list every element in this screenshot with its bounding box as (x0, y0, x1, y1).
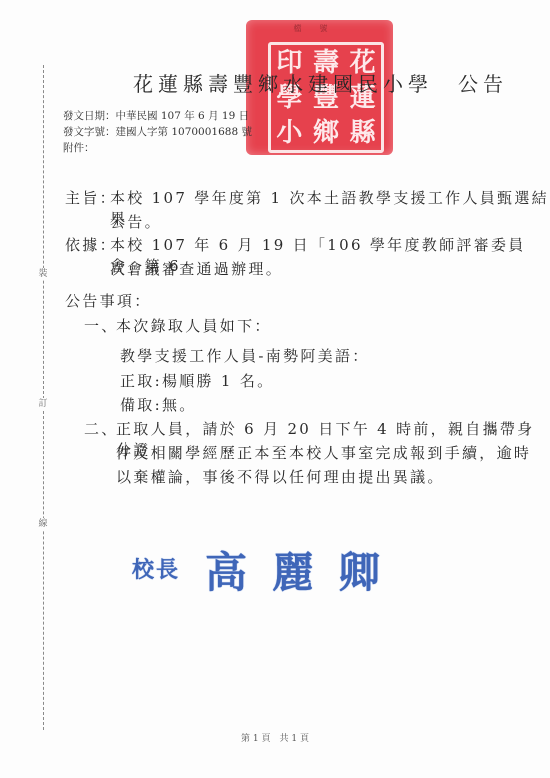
subject-line-2: 公告。 (110, 211, 162, 232)
page-info: 第 1 頁 共 1 頁 (0, 731, 550, 744)
principal-name-char-3: 卿 (338, 540, 380, 600)
notices-heading: 公告事項： (65, 290, 152, 311)
notice-2-number: 二、 (84, 418, 119, 439)
admitted-candidate: 正取:楊順勝 1 名。 (120, 370, 274, 391)
seal-char: 鄉 (313, 120, 339, 146)
alternate-candidate: 備取:無。 (120, 394, 197, 415)
document-number-label: 發文字號： (63, 126, 116, 138)
binding-mark-zhuang: 裝 (36, 268, 50, 280)
document-number-value: 建國人字第 1070001688 號 (116, 126, 252, 138)
notice-1-text: 本次錄取人員如下： (116, 315, 272, 336)
seal-characters: 印 壽 花 學 豐 蓮 小 鄉 縣 (268, 42, 384, 153)
issue-date: 發文日期：中華民國 107 年 6 月 19 日 (63, 108, 249, 124)
binding-mark-xian: 線 (36, 518, 50, 530)
attachments: 附件： (63, 140, 95, 156)
subject-line-1: 本校 107 學年度第 1 次本土語教學支援工作人員甄選結果 (110, 187, 550, 229)
document-number: 發文字號：建國人字第 1070001688 號 (63, 124, 252, 140)
seal-char: 小 (276, 120, 302, 146)
principal-name-char-2: 麗 (272, 540, 314, 600)
seal-file-number-label: 檔號 (246, 23, 393, 34)
basis-line-2: 次會議審查通過辦理。 (110, 258, 283, 279)
binding-mark-ding: 訂 (36, 398, 50, 410)
principal-title: 校長 (132, 553, 180, 584)
issue-date-label: 發文日期： (63, 110, 116, 122)
seal-char: 縣 (350, 120, 376, 146)
issue-date-value: 中華民國 107 年 6 月 19 日 (116, 110, 250, 122)
document-title: 花蓮縣壽豐鄉水建國民小學 公告 (133, 68, 508, 97)
notice-2-line-3: 以棄權論，事後不得以任何理由提出異議。 (116, 466, 445, 487)
position-title: 教學支援工作人員-南勢阿美語： (120, 345, 370, 366)
principal-name-char-1: 高 (205, 540, 247, 600)
attachments-label: 附件： (63, 142, 95, 154)
notice-1-number: 一、 (84, 315, 119, 336)
notice-2-line-2: 件及相關學經歷正本至本校人事室完成報到手續，逾時 (116, 442, 531, 463)
